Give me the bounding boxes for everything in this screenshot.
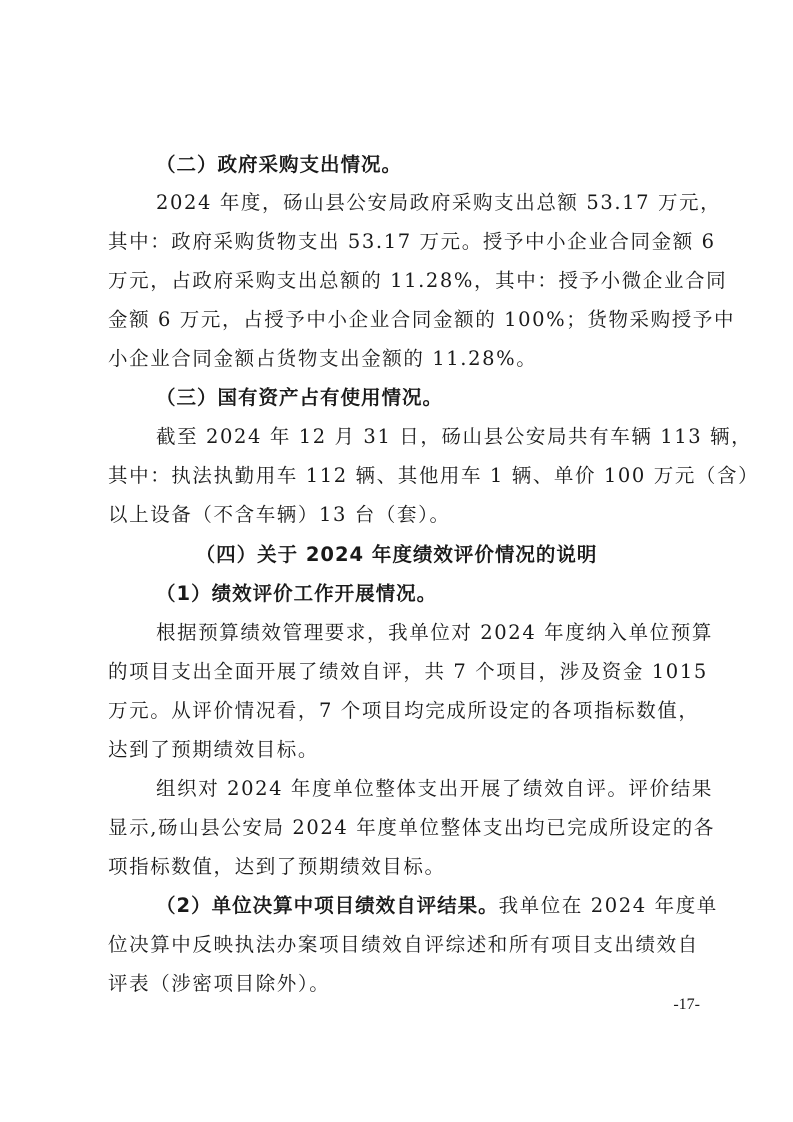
page-number: -17- [640,996,700,1014]
paragraph-text: 我单位在 2024 年度单 [499,894,718,917]
section-3-heading: （三）国有资产占有使用情况。 [156,385,736,411]
paragraph-line: 根据预算绩效管理要求，我单位对 2024 年度纳入单位预算 [156,620,736,646]
paragraph-line: 截至 2024 年 12 月 31 日，砀山县公安局共有车辆 113 辆， [156,424,736,450]
paragraph-line: 小企业合同金额占货物支出金额的 11.28%。 [108,346,688,372]
paragraph-line: 万元。从评价情况看，7 个项目均完成所设定的各项指标数值， [108,698,688,724]
sub-2-paragraph: （2）单位决算中项目绩效自评结果。我单位在 2024 年度单 [156,893,736,919]
paragraph-line: 万元，占政府采购支出总额的 11.28%，其中：授予小微企业合同 [108,268,688,294]
paragraph-line: 2024 年度，砀山县公安局政府采购支出总额 53.17 万元， [156,190,688,216]
paragraph-line: 以上设备（不含车辆）13 台（套）。 [108,502,688,528]
paragraph-line: 达到了预期绩效目标。 [108,737,688,763]
paragraph-line: 组织对 2024 年度单位整体支出开展了绩效自评。评价结果 [156,776,736,802]
paragraph-line: 位决算中反映执法办案项目绩效自评综述和所有项目支出绩效自 [108,932,688,958]
paragraph-line: 金额 6 万元，占授予中小企业合同金额的 100%；货物采购授予中 [108,307,688,333]
sub-2-heading: （2）单位决算中项目绩效自评结果。 [156,894,499,917]
paragraph-line: 评表（涉密项目除外）。 [108,971,688,997]
paragraph-line: 的项目支出全面开展了绩效自评，共 7 个项目，涉及资金 1015 [108,659,688,685]
paragraph-line: 项指标数值，达到了预期绩效目标。 [108,854,688,880]
sub-1-heading: （1）绩效评价工作开展情况。 [156,581,736,607]
document-page: （二）政府采购支出情况。 2024 年度，砀山县公安局政府采购支出总额 53.1… [0,0,793,1122]
section-4-heading: （四）关于 2024 年度绩效评价情况的说明 [0,542,793,568]
paragraph-line: 其中：执法执勤用车 112 辆、其他用车 1 辆、单价 100 万元（含） [108,463,688,489]
paragraph-line: 其中：政府采购货物支出 53.17 万元。授予中小企业合同金额 6 [108,229,688,255]
paragraph-line: 显示,砀山县公安局 2024 年度单位整体支出均已完成所设定的各 [108,815,688,841]
section-2-heading: （二）政府采购支出情况。 [156,152,736,178]
